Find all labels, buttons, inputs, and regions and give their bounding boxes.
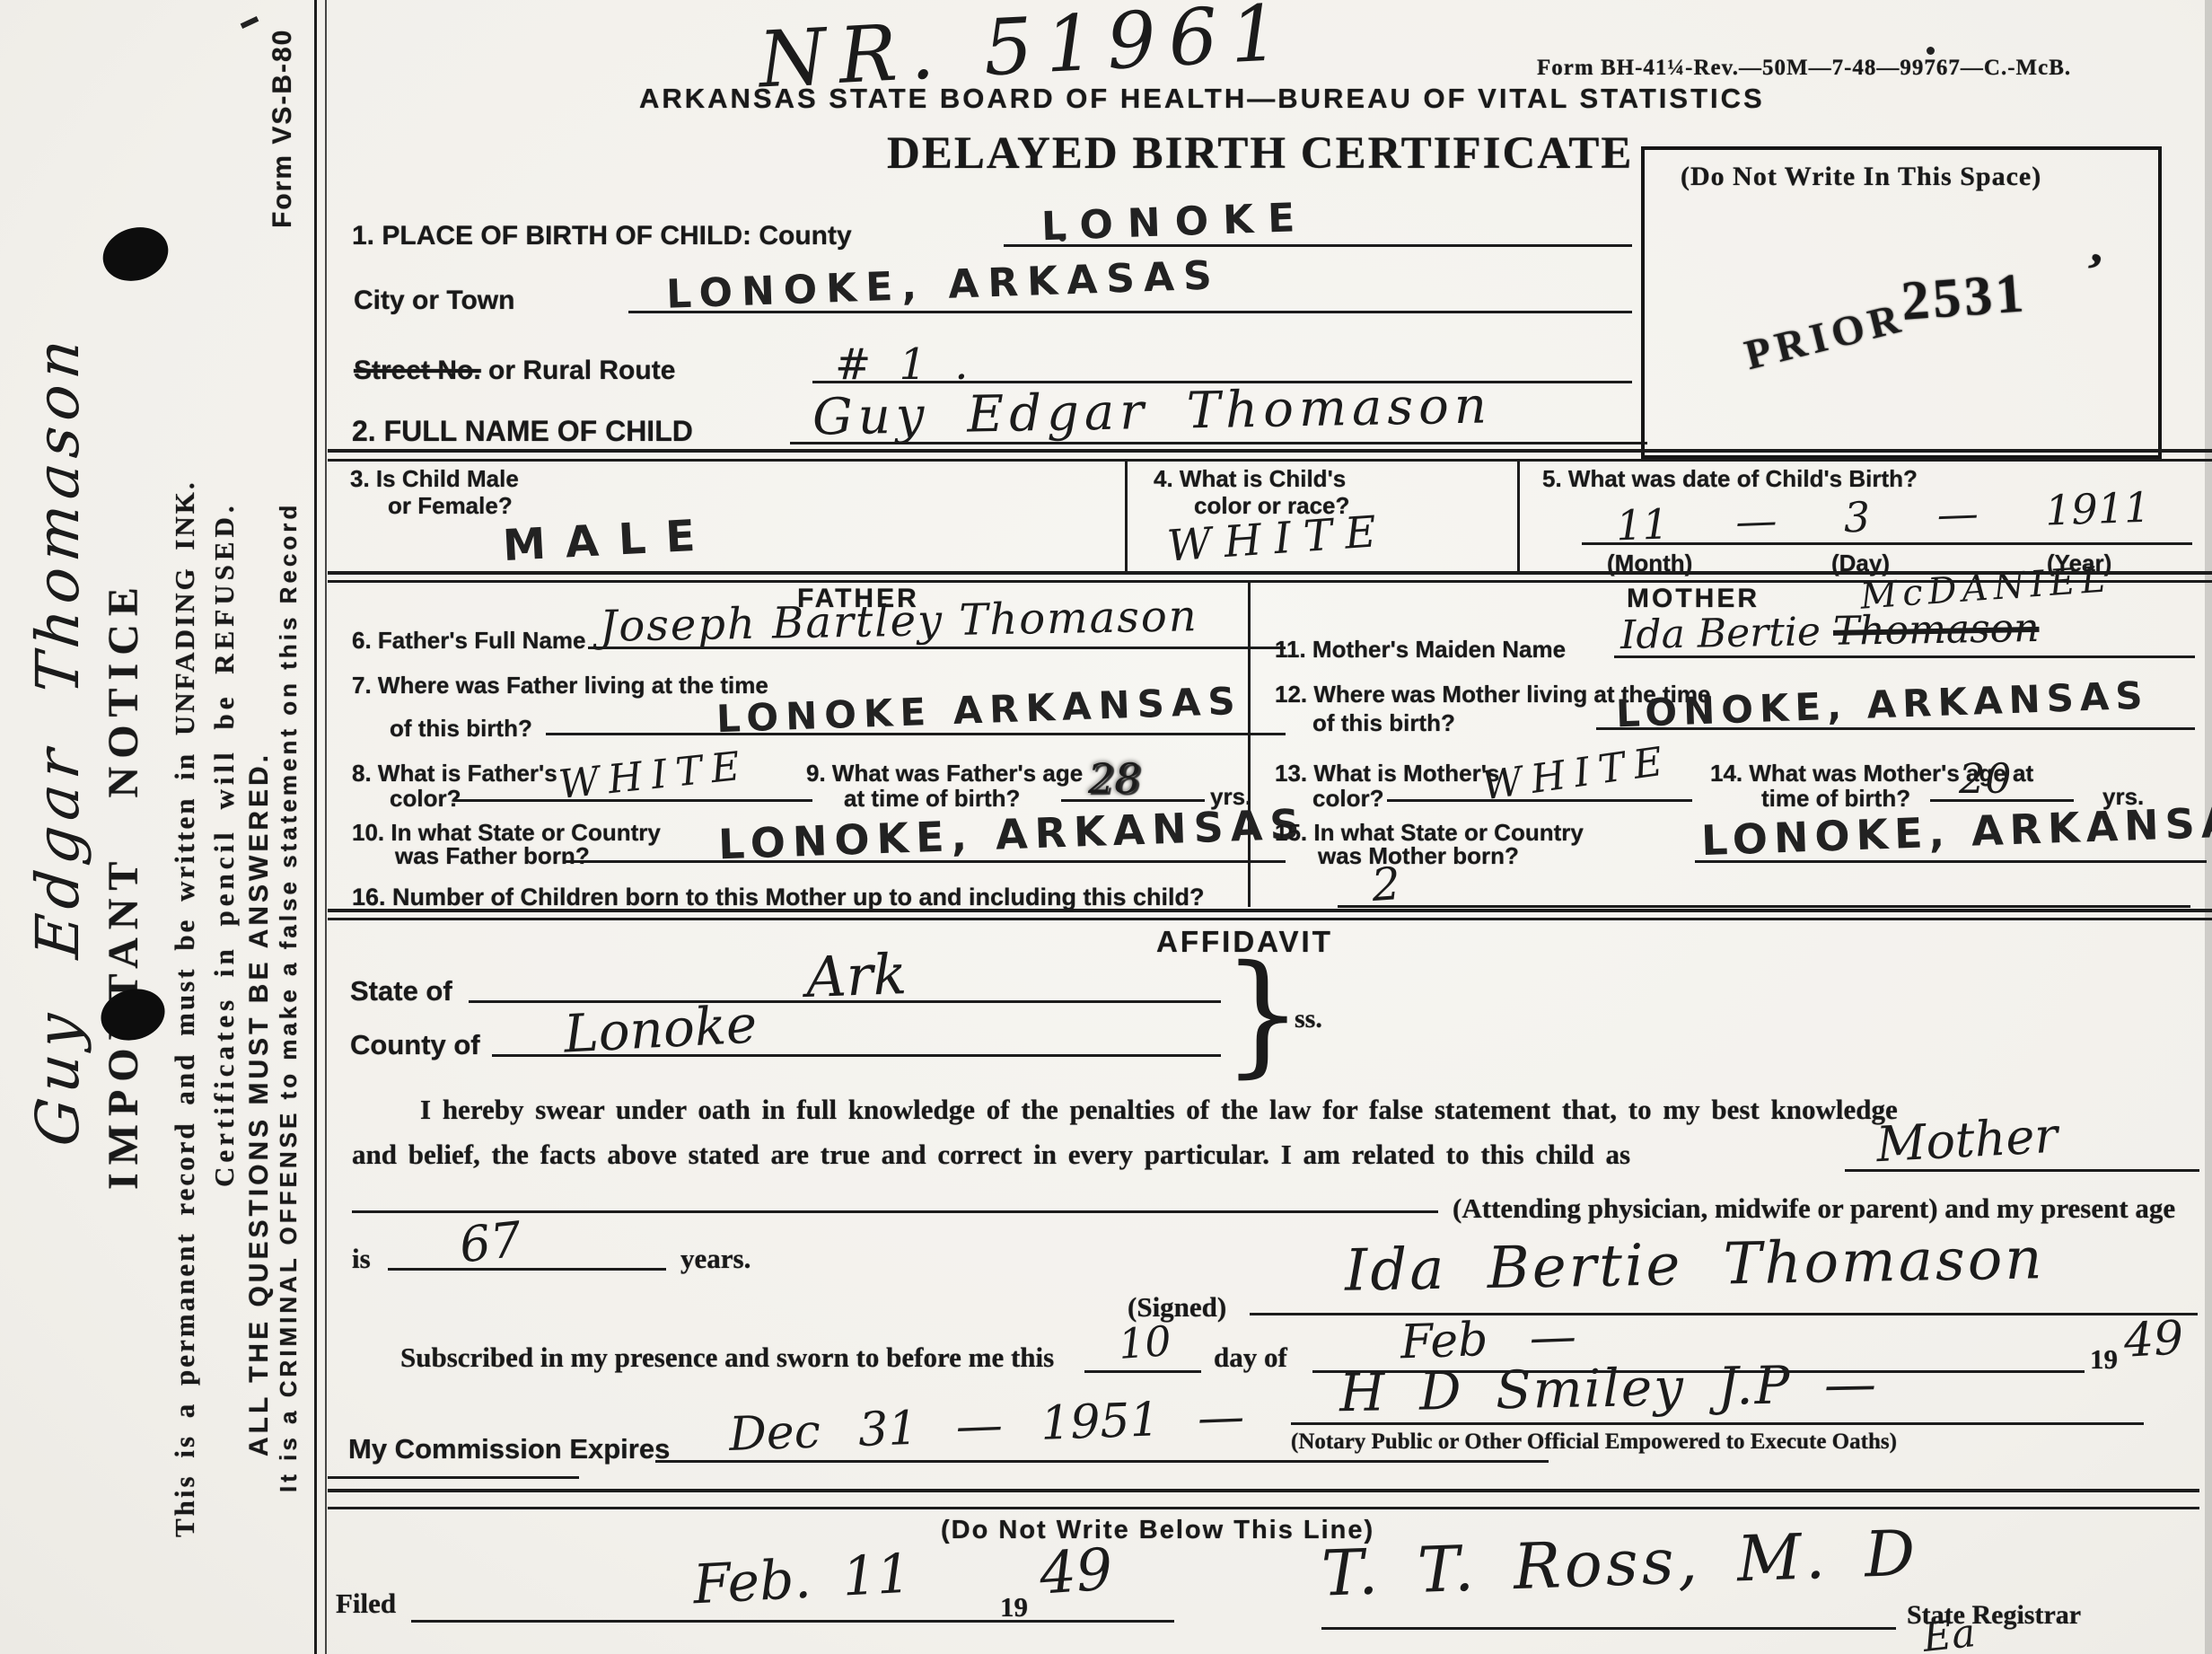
item3-line2: or Female? [388, 492, 513, 520]
double-rule-4b [328, 1507, 2199, 1509]
item4-line1: 4. What is Child's [1154, 465, 1346, 493]
scan-speck-1 [241, 16, 259, 29]
do-not-write-below-label: (Do Not Write Below This Line) [941, 1516, 1374, 1545]
mother-age-value: 20 [1959, 754, 2012, 803]
double-rule-4pre [328, 1476, 579, 1479]
street-label-struck: Street No. [354, 356, 481, 385]
item15-line2: was Mother born? [1318, 842, 1519, 870]
item8-line1: 8. What is Father's [352, 760, 557, 787]
item8-line2: color? [390, 785, 461, 813]
notice-questions-answered: ALL THE QUESTIONS MUST BE ANSWERED. [244, 752, 275, 1456]
present-age-value: 67 [457, 1211, 524, 1274]
mother-maiden-struck: Thomason [1833, 605, 2040, 655]
filed-year-prefix: 19 [1000, 1591, 1028, 1623]
relation-value: Mother [1874, 1107, 2058, 1173]
registrar-scribble: Ea [1920, 1610, 1977, 1654]
margin-handwritten-name: Guy Edgar Thomason [23, 330, 92, 1149]
double-rule-3a [328, 909, 2212, 912]
prior-number-stamp: 2531 [1900, 261, 2030, 334]
attending-label: (Attending physician, midwife or parent)… [1453, 1192, 2175, 1225]
ss-label: ss. [1295, 1004, 1322, 1034]
city-value: LONOKE, ARKASAS [665, 252, 1221, 318]
child-name-value: Guy Edgar Thomason [812, 376, 1492, 446]
commission-label: My Commission Expires [348, 1433, 670, 1465]
city-label: City or Town [354, 286, 514, 316]
county-of-label: County of [350, 1029, 480, 1061]
sidebar-form-number: Form VS-B-80 [268, 29, 298, 228]
years-label: years. [680, 1243, 750, 1275]
do-not-write-label: (Do Not Write In This Space) [1681, 162, 2041, 192]
county-of-value: Lonoke [562, 993, 758, 1064]
father-age-value: 28 [1088, 754, 1141, 803]
sworn-day-underline [1084, 1370, 1201, 1373]
father-name-value: Joseph Bartley Thomason [600, 591, 1199, 652]
item12-line2: of this birth? [1312, 709, 1455, 737]
notice-pencil-refused: Certificates in pencil will be REFUSED. [208, 501, 241, 1187]
commission-underline [655, 1460, 1549, 1463]
mother-maiden-kept: Ida Bertie [1620, 609, 1834, 658]
scan-speck-2 [1927, 47, 1935, 55]
day-of-label: day of [1214, 1342, 1287, 1374]
sworn-day-value: 10 [1117, 1316, 1172, 1368]
affidavit-body-line1: I hereby swear under oath in full knowle… [420, 1094, 1898, 1126]
item5-label: 5. What was date of Child's Birth? [1542, 465, 1918, 493]
is-label: is [352, 1243, 371, 1275]
notice-unfading-ink: This is a permanent record and must be w… [169, 479, 201, 1537]
item13-line1: 13. What is Mother's [1275, 760, 1499, 787]
hole-punch-top [96, 219, 175, 289]
filed-underline [411, 1620, 1174, 1623]
double-rule-3b [328, 918, 2212, 920]
county-value: LONOKE [1040, 195, 1310, 250]
item13-line2: color? [1312, 785, 1383, 813]
item2-label: 2. FULL NAME OF CHILD [352, 415, 693, 448]
mother-maiden-value: Ida Bertie Thomason [1620, 605, 2040, 658]
divider-col4-col5 [1517, 462, 1520, 573]
subscribed-label: Subscribed in my presence and sworn to b… [400, 1342, 1054, 1374]
sidebar-divider-line-1 [314, 0, 317, 1654]
item16-label: 16. Number of Children born to this Moth… [352, 884, 1204, 911]
item3-line1: 3. Is Child Male [350, 465, 519, 493]
item14-line2: time of birth? [1761, 785, 1910, 813]
item11-label: 11. Mother's Maiden Name [1275, 636, 1566, 664]
item9-line1: 9. What was Father's age [806, 760, 1083, 787]
street-value: # 1 . [835, 339, 976, 390]
scanned-birth-certificate: Guy Edgar Thomason IMPORTANT NOTICE This… [0, 0, 2212, 1654]
item16-value: 2 [1370, 858, 1402, 911]
sworn-year-value: 49 [2122, 1311, 2184, 1368]
state-of-value: Ark [805, 941, 908, 1010]
filed-year-value: 49 [1038, 1536, 1115, 1608]
father-residence-value: LONOKE ARKANSAS [715, 679, 1242, 741]
commission-value: Dec 31 — 1951 — [728, 1390, 1245, 1462]
item7-line2: of this birth? [390, 715, 532, 743]
notice-criminal-offense: It is a CRIMINAL OFFENSE to make a false… [275, 502, 303, 1492]
agency-title: ARKANSAS STATE BOARD OF HEALTH—BUREAU OF… [639, 83, 1765, 115]
important-notice-title: IMPORTANT NOTICE [99, 579, 148, 1190]
item16-underline [1338, 905, 2190, 908]
filed-date-value: Feb. 11 [691, 1543, 912, 1617]
double-rule-1b [328, 459, 2212, 462]
item6-label: 6. Father's Full Name [352, 627, 585, 655]
double-rule-4a [328, 1489, 2199, 1492]
present-age-underline [388, 1268, 666, 1271]
registrar-signature-value: T. T. Ross, M. D [1321, 1516, 1920, 1610]
scan-edge-streak [2205, 0, 2212, 1654]
sidebar-divider-line-2 [325, 0, 327, 1654]
signature-underline [1250, 1313, 2198, 1315]
divider-col3-col4 [1125, 462, 1128, 573]
double-rule-1a [328, 449, 2212, 453]
notary-signature-value: H D Smiley J.P — [1339, 1353, 1878, 1423]
divider-father-mother [1248, 582, 1251, 907]
item9-line2: at time of birth? [844, 785, 1020, 813]
street-label: Street No. or Rural Route [354, 356, 675, 386]
document-title: DELAYED BIRTH CERTIFICATE [887, 128, 1633, 180]
sworn-year-prefix: 19 [2090, 1343, 2118, 1376]
registrar-underline [1321, 1627, 1896, 1630]
filed-label: Filed [336, 1588, 396, 1620]
sex-value: MALE [502, 510, 716, 571]
street-label-rest: or Rural Route [481, 356, 676, 385]
affidavit-body-line2: and belief, the facts above stated are t… [352, 1139, 1630, 1171]
notary-label: (Notary Public or Other Official Empower… [1291, 1430, 1897, 1455]
item7-line1: 7. Where was Father living at the time [352, 672, 768, 699]
form-print-line: Form BH-41¼-Rev.—50M—7-48—99767—C.-McB. [1537, 56, 2071, 81]
father-birthplace-value: LONOKE, ARKANSAS [717, 800, 1307, 869]
item1-label: 1. PLACE OF BIRTH OF CHILD: County [352, 221, 852, 251]
state-of-label: State of [350, 975, 452, 1007]
notary-underline [1291, 1422, 2144, 1425]
mother-signature-value: Ida Bertie Thomason [1344, 1226, 2045, 1305]
affidavit-brace: } [1223, 937, 1303, 1091]
item10-line2: was Father born? [395, 842, 590, 870]
